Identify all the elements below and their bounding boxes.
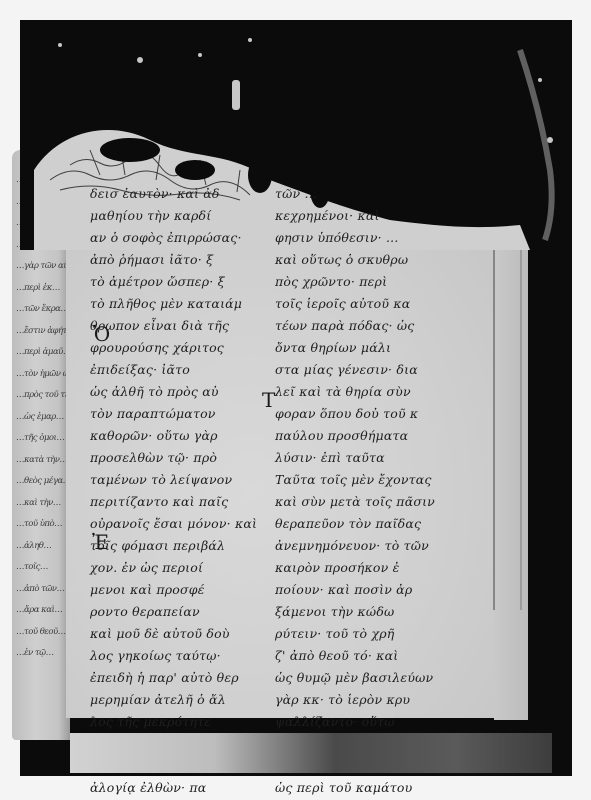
text-column-right: τῶν ...κεχρημένοι· καὶφησιν ὑπόθεσιν· ..… <box>275 183 435 799</box>
manuscript-line: ἐπιδείξας· ἰᾶτο <box>90 359 257 381</box>
facing-page-line: …τῆς ὁμοι… <box>16 428 68 450</box>
manuscript-line: λύσιν· ἐπὶ ταῦτα <box>275 447 435 469</box>
manuscript-line: μερημίαν ἀτελῆ ὁ ἄλ <box>90 689 257 711</box>
facing-page-line: …θεὸς μέγα… <box>16 471 68 493</box>
manuscript-line: δεισ ἑαυτὸν· καὶ ἀδ <box>90 183 257 205</box>
facing-page-line: …κατὰ τὴν… <box>16 450 68 472</box>
manuscript-line: ταμένων τὸ λείψανον <box>90 469 257 491</box>
facing-page-line: …τοῖς… <box>16 557 68 579</box>
initial-tau: Τ <box>262 388 275 412</box>
facing-page-line: …ἔστιν ἀφήτε… <box>16 321 68 343</box>
facing-page-line: …ἄρα καὶ… <box>16 600 68 622</box>
facing-page-line: …ἀπὸ τῶν… <box>16 579 68 601</box>
manuscript-line: καὶ σὺν μετὰ τοῖς πᾶσιν <box>275 491 435 513</box>
manuscript-line: κεχρημένοι· καὶ <box>275 205 435 227</box>
manuscript-line: ἀλογίᾳ ἐλθὼν· πα <box>90 777 257 799</box>
manuscript-line: φρουρούσης χάριτος <box>90 337 257 359</box>
manuscript-line: λεῖ καὶ τὰ θηρία σὺν <box>275 381 435 403</box>
manuscript-line: ὡς περὶ τοῦ καμάτου <box>275 777 435 799</box>
facing-page-line: …περὶ ἀμαῦ… <box>16 342 68 364</box>
manuscript-line: ψαλλίζαντο· οὕτω <box>275 711 435 733</box>
manuscript-line: ἀνεμνημόνευον· τὸ τῶν <box>275 535 435 557</box>
manuscript-line: ποίουν· καὶ ποσὶν ἀρ <box>275 579 435 601</box>
manuscript-line: χον. ἐν ὡς περιοί <box>90 557 257 579</box>
manuscript-line: ἀπὸ ῥήμασι ἰᾶτο· ξ <box>90 249 257 271</box>
facing-page-line: …ἐν τῷ… <box>16 643 68 665</box>
manuscript-line: στα μίας γένεσιν· δια <box>275 359 435 381</box>
manuscript-line: λος γηκοίως ταύτῳ· <box>90 645 257 667</box>
table-surface-shadow <box>70 733 552 773</box>
manuscript-line: καὶ μοῦ δὲ αὐτοῦ δοὺ <box>90 623 257 645</box>
manuscript-line: προσελθὼν τῷ· πρὸ <box>90 447 257 469</box>
manuscript-line: ρύτειν· τοῦ τὸ χρῆ <box>275 623 435 645</box>
manuscript-line: τοῖς φόμασι περιβάλ <box>90 535 257 557</box>
facing-page-line: …τοῦ ὑπὸ… <box>16 514 68 536</box>
manuscript-line: οὐρανοῖς ἔσαι μόνον· καὶ <box>90 513 257 535</box>
manuscript-line: θεραπεῦον τὸν παῖδας <box>275 513 435 535</box>
facing-page-line: …τῶν ἔκρα… <box>16 299 68 321</box>
manuscript-line: καθορῶν· οὕτω γὰρ <box>90 425 257 447</box>
manuscript-line: πὸς χρῶντο· περὶ <box>275 271 435 293</box>
initial-omicron: Ὁ <box>93 322 110 346</box>
initial-epsilon: Ἐ <box>92 530 109 554</box>
manuscript-line: γὰρ κκ· τὸ ἱερὸν κρυ <box>275 689 435 711</box>
facing-page-line: …καὶ τὴν… <box>16 493 68 515</box>
facing-page-line: …ἀληθ… <box>16 536 68 558</box>
manuscript-line: ροντο θεραπείαν <box>90 601 257 623</box>
manuscript-line: τοῖς ἱεροῖς αὐτοῦ κα <box>275 293 435 315</box>
facing-page-line: …ὡς ἐμαρ… <box>16 407 68 429</box>
folio-right-edge <box>494 220 528 720</box>
manuscript-line: καιρὸν προσήκον ἐ <box>275 557 435 579</box>
manuscript-line: παύλου προσθήματα <box>275 425 435 447</box>
facing-page-line: …γὰρ τῶν αὐτῶν… <box>16 256 68 278</box>
manuscript-line: αν ὁ σοφὸς ἐπιρρώσας· <box>90 227 257 249</box>
manuscript-line: τέων παρὰ πόδας· ὡς <box>275 315 435 337</box>
manuscript-line: τὸ πλῆθος μὲν καταιάμ <box>90 293 257 315</box>
manuscript-line: ὄντα θηρίων μάλι <box>275 337 435 359</box>
manuscript-line: τὸν παραπτώματον <box>90 403 257 425</box>
manuscript-line: καὶ οὕτως ὁ σκυθρω <box>275 249 435 271</box>
manuscript-line: ξάμενοι τὴν κώδω <box>275 601 435 623</box>
facing-page-line: …περὶ ἐκ… <box>16 278 68 300</box>
manuscript-line: ζ' ἀπὸ θεοῦ τό· καὶ <box>275 645 435 667</box>
manuscript-line: φησιν ὑπόθεσιν· ... <box>275 227 435 249</box>
manuscript-line: τῶν ... <box>275 183 435 205</box>
text-column-left: δεισ ἑαυτὸν· καὶ ἀδμαθηίου τὴν καρδίαν ὁ… <box>90 183 257 799</box>
manuscript-line: φοραν ὅπου δοὐ τοῦ κ <box>275 403 435 425</box>
manuscript-line: μενοι καὶ προσφέ <box>90 579 257 601</box>
manuscript-line: Ταῦτα τοῖς μὲν ἔχοντας <box>275 469 435 491</box>
manuscript-line: περιτίζαντο καὶ παῖς <box>90 491 257 513</box>
manuscript-line: μαθηίου τὴν καρδί <box>90 205 257 227</box>
facing-page-line: …πρὸς τοῦ τῆ… <box>16 385 68 407</box>
manuscript-line: λος τῆς μεκρότητε <box>90 711 257 733</box>
manuscript-line: ὡς ἀλθῆ τὸ πρὸς αὐ <box>90 381 257 403</box>
manuscript-line: τὸ ἀμέτρον ὤσπερ· ξ <box>90 271 257 293</box>
manuscript-line: ὡς θυμῷ μὲν βασιλεύων <box>275 667 435 689</box>
facing-page-line: …τὸν ἡμῶν ὡς… <box>16 364 68 386</box>
manuscript-line: ἐπειδὴ ἡ παρ' αὐτὸ θερ <box>90 667 257 689</box>
manuscript-line: θρωπον εἶναι διὰ τῆς <box>90 315 257 337</box>
facing-page-line: …τοῦ θεοῦ… <box>16 622 68 644</box>
